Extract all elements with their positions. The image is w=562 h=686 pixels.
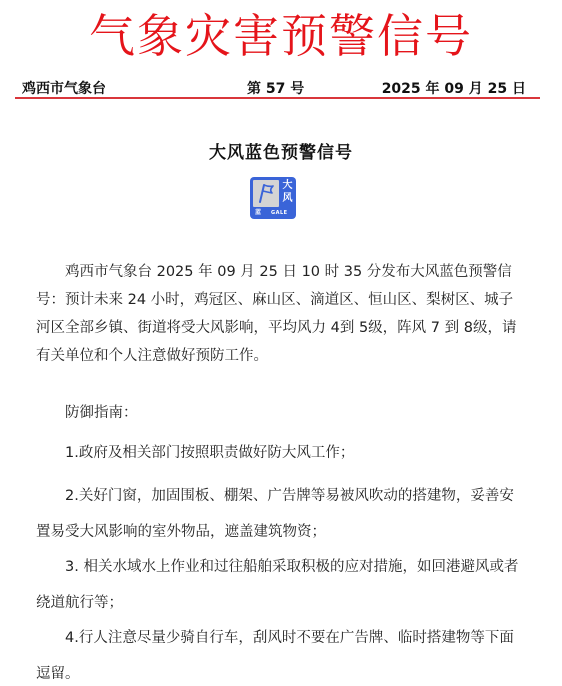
header-divider	[15, 97, 540, 99]
guide-list: 2.关好门窗，加固围板、棚架、广告牌等易被风吹动的搭建物，妥善安置易受大风影响的…	[36, 478, 526, 550]
document-header: 鸡西市气象台 第 57 号 2025 年 09 月 25 日	[22, 78, 526, 96]
guide-item: 1.政府及相关部门按照职责做好防大风工作；	[36, 439, 526, 467]
document-body: 鸡西市气象台 2025 年 09 月 25 日 10 时 35 分发布大风蓝色预…	[36, 258, 526, 370]
document-title: 大风蓝色预警信号	[0, 138, 562, 163]
wind-blue-warning-icon: 大 风 蓝 GALE	[250, 177, 296, 219]
flag-icon	[253, 180, 279, 207]
guide-heading: 防御指南：	[36, 399, 526, 427]
announcement-paragraph: 鸡西市气象台 2025 年 09 月 25 日 10 时 35 分发布大风蓝色预…	[36, 258, 526, 370]
guide-item: 4.行人注意尽量少骑自行车，刮风时不要在广告牌、临时搭建物等下面逗留。	[36, 620, 526, 686]
guide-item: 2.关好门窗，加固围板、棚架、广告牌等易被风吹动的搭建物，妥善安置易受大风影响的…	[36, 478, 526, 550]
guide-list: 1.政府及相关部门按照职责做好防大风工作；	[36, 439, 526, 467]
signal-level-label: 蓝	[255, 209, 261, 217]
guide-list: 4.行人注意尽量少骑自行车，刮风时不要在广告牌、临时搭建物等下面逗留。	[36, 620, 526, 686]
signal-level-bar: 蓝 GALE	[253, 209, 293, 217]
issue-number: 第 57 号	[247, 78, 304, 98]
issuing-organization: 鸡西市气象台	[22, 78, 106, 98]
issue-date: 2025 年 09 月 25 日	[382, 78, 526, 98]
defense-guide: 防御指南：	[36, 399, 526, 427]
signal-english-label: GALE	[271, 209, 288, 217]
guide-item: 3. 相关水域水上作业和过往船舶采取积极的应对措施，如回港避风或者绕道航行等；	[36, 549, 526, 621]
guide-list: 3. 相关水域水上作业和过往船舶采取积极的应对措施，如回港避风或者绕道航行等；	[36, 549, 526, 621]
banner-title: 气象灾害预警信号	[0, 6, 562, 66]
signal-type-label: 大 风	[281, 179, 294, 205]
